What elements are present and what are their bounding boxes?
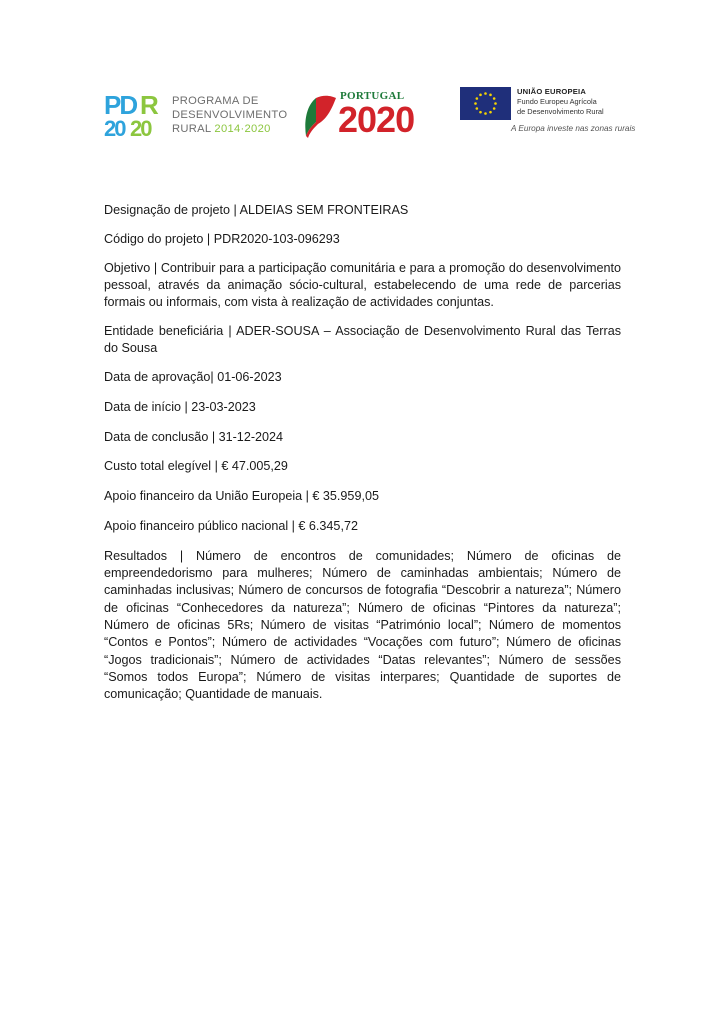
project-objective: Objetivo | Contribuir para a participaçã…	[104, 260, 621, 312]
portugal-flag-ribbon-icon	[302, 92, 338, 140]
project-approval-date: Data de aprovação| 01-06-2023	[104, 369, 621, 386]
eu-text-block: UNIÃO EUROPEIA Fundo Europeu Agrícola de…	[517, 86, 604, 116]
project-total-cost: Custo total elegível | € 47.005,29	[104, 458, 621, 475]
portugal2020-logo: PORTUGAL 2020	[300, 86, 445, 142]
eu-support-label: Apoio financeiro da União Europeia	[104, 489, 302, 503]
separator: |	[167, 549, 196, 563]
project-eu-support: Apoio financeiro da União Europeia | € 3…	[104, 488, 621, 505]
project-results: Resultados | Número de encontros de comu…	[104, 548, 621, 704]
eu-fund-line2: de Desenvolvimento Rural	[517, 107, 604, 117]
eu-motto: A Europa investe nas zonas rurais	[511, 124, 635, 133]
eu-fund-line1: Fundo Europeu Agrícola	[517, 97, 604, 107]
designation-label: Designação de projeto	[104, 203, 230, 217]
separator: |	[288, 519, 298, 533]
eu-title: UNIÃO EUROPEIA	[517, 86, 604, 97]
pdr-line3: RURAL 2014·2020	[172, 122, 287, 136]
svg-text:20: 20	[104, 116, 126, 138]
logo-banner: PD R 20 20 PROGRAMA DE DESENVOLVIMENTO R…	[0, 0, 724, 160]
designation-value: ALDEIAS SEM FRONTEIRAS	[240, 203, 409, 217]
project-code: Código do projeto | PDR2020-103-096293	[104, 231, 621, 248]
pdr-line1: PROGRAMA DE	[172, 94, 287, 108]
separator: |	[230, 203, 240, 217]
national-support-value: € 6.345,72	[298, 519, 358, 533]
objective-value: Contribuir para a participação comunitár…	[104, 261, 621, 310]
pdr-line3-prefix: RURAL	[172, 123, 214, 135]
project-info: Designação de projeto | ALDEIAS SEM FRON…	[104, 202, 621, 715]
approval-date-label: Data de aprovação	[104, 370, 210, 384]
project-designation: Designação de projeto | ALDEIAS SEM FRON…	[104, 202, 621, 219]
results-value: Número de encontros de comunidades; Núme…	[104, 549, 621, 701]
svg-text:20: 20	[130, 116, 152, 138]
end-date-value: 31-12-2024	[219, 430, 283, 444]
pdr2020-logo: PD R 20 20 PROGRAMA DE DESENVOLVIMENTO R…	[104, 92, 289, 140]
pdr-line2: DESENVOLVIMENTO	[172, 108, 287, 122]
separator: |	[203, 232, 213, 246]
start-date-value: 23-03-2023	[191, 400, 255, 414]
eu-logo: UNIÃO EUROPEIA Fundo Europeu Agrícola de…	[460, 86, 630, 142]
project-end-date: Data de conclusão | 31-12-2024	[104, 429, 621, 446]
separator: |	[302, 489, 312, 503]
eu-support-value: € 35.959,05	[312, 489, 379, 503]
objective-label: Objetivo	[104, 261, 150, 275]
results-label: Resultados	[104, 549, 167, 563]
project-beneficiary: Entidade beneficiária | ADER-SOUSA – Ass…	[104, 323, 621, 358]
pdr-years: 2014·2020	[214, 123, 270, 135]
total-cost-label: Custo total elegível	[104, 459, 211, 473]
total-cost-value: € 47.005,29	[221, 459, 288, 473]
approval-date-value: 01-06-2023	[217, 370, 281, 384]
project-start-date: Data de início | 23-03-2023	[104, 399, 621, 416]
separator: |	[150, 261, 161, 275]
pdr-wordmark: PROGRAMA DE DESENVOLVIMENTO RURAL 2014·2…	[172, 94, 287, 136]
code-value: PDR2020-103-096293	[214, 232, 340, 246]
portugal-2020-year: 2020	[338, 100, 414, 140]
pdr-mark-icon: PD R 20 20	[104, 92, 166, 138]
separator: |	[211, 459, 221, 473]
beneficiary-label: Entidade beneficiária	[104, 324, 223, 338]
project-national-support: Apoio financeiro público nacional | € 6.…	[104, 518, 621, 535]
start-date-label: Data de início	[104, 400, 181, 414]
separator: |	[208, 430, 218, 444]
national-support-label: Apoio financeiro público nacional	[104, 519, 288, 533]
code-label: Código do projeto	[104, 232, 203, 246]
separator: |	[181, 400, 191, 414]
end-date-label: Data de conclusão	[104, 430, 208, 444]
separator: |	[223, 324, 236, 338]
eu-flag-icon	[460, 87, 511, 120]
